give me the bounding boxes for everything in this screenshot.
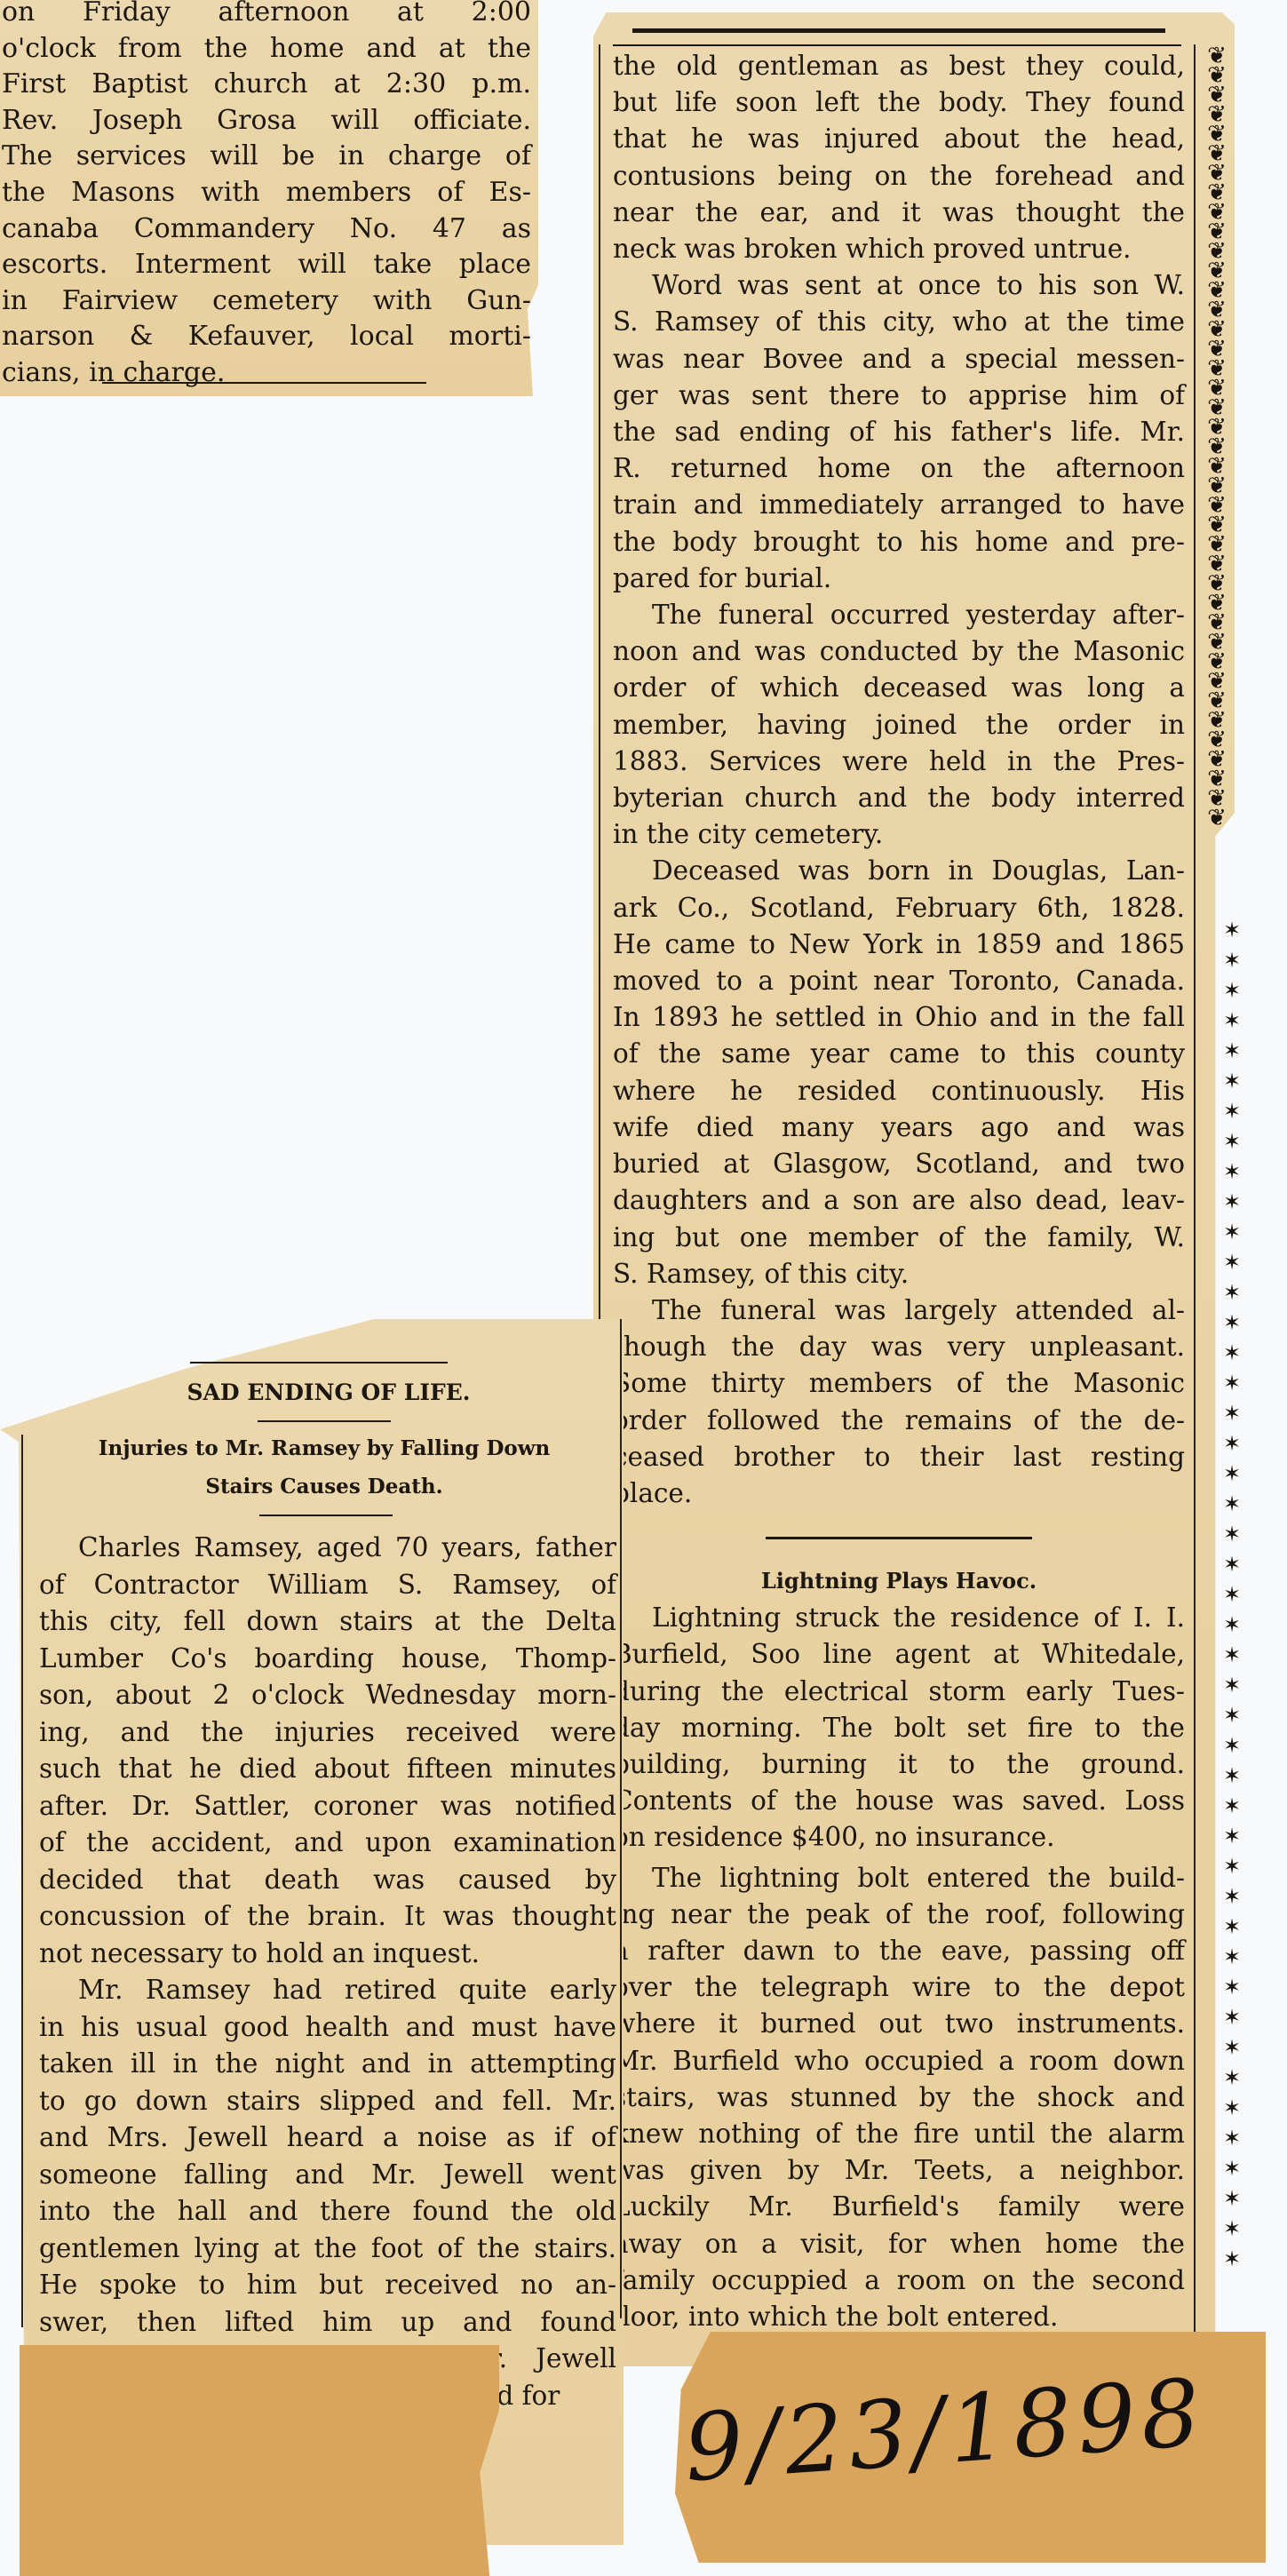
text-line: over the telegraph wire to the depot — [613, 1969, 1185, 2006]
text-line: was given by Mr. Teets, a neighbor. — [613, 2152, 1185, 2189]
text-line: wife died many years ago and was — [613, 1109, 1185, 1146]
sad-ending-subheadline-2: Stairs Causes Death. — [27, 1475, 622, 1499]
text-line: building, burning it to the ground. — [613, 1746, 1185, 1783]
text-line: the body brought to his home and pre- — [613, 524, 1185, 561]
text-line: where it burned out two instruments. — [613, 2006, 1185, 2042]
text-line: Lightning struck the residence of I. I. — [613, 1600, 1185, 1636]
text-line: not necessary to hold an inquest. — [39, 1936, 616, 1973]
text-line: someone falling and Mr. Jewell went — [39, 2157, 616, 2194]
text-line: away on a visit, for when home the — [613, 2226, 1185, 2262]
text-line: Word was sent at once to his son W. — [613, 267, 1185, 304]
lower-left-border — [21, 1435, 23, 2327]
text-line: ger was sent there to apprise him of — [613, 378, 1185, 414]
column-divider-left — [599, 44, 600, 1324]
text-line: He came to New York in 1859 and 1865 — [613, 926, 1185, 963]
text-line: the old gentleman as best they could, — [613, 48, 1185, 84]
text-line: neck was broken which proved untrue. — [613, 231, 1185, 267]
text-line: ark Co., Scotland, February 6th, 1828. — [613, 890, 1185, 926]
paragraph: Charles Ramsey, aged 70 years, fatherof … — [39, 1530, 616, 1972]
text-line: Deceased was born in Douglas, Lan- — [613, 853, 1185, 889]
text-line: First Baptist church at 2:30 p.m. — [2, 67, 531, 103]
text-line: The funeral occurred yesterday after- — [613, 597, 1185, 633]
text-line: on Friday afternoon at 2:00 — [2, 0, 531, 31]
text-line: during the electrical storm early Tues- — [613, 1674, 1185, 1710]
paragraph: on Friday afternoon at 2:00o'clock from … — [2, 0, 531, 392]
paragraph: Lightning struck the residence of I. I.B… — [613, 1600, 1185, 1856]
text-line: 1883. Services were held in the Pres- — [613, 743, 1185, 780]
top-thin-rule — [613, 44, 1181, 46]
text-line: train and immediately arranged to have — [613, 487, 1185, 523]
text-line: byterian church and the body interred — [613, 780, 1185, 816]
text-line: the sad ending of his father's life. Mr. — [613, 414, 1185, 450]
text-line: contusions being on the forehead and — [613, 158, 1185, 195]
sad-ending-subheadline-1: Injuries to Mr. Ramsey by Falling Down — [27, 1436, 622, 1460]
text-line: cians, in charge. — [2, 355, 531, 392]
text-line: The services will be in charge of — [2, 139, 531, 175]
text-line: this city, fell down stairs at the Delta — [39, 1603, 616, 1641]
text-line: Rev. Joseph Grosa will officiate. — [2, 103, 531, 139]
paragraph: The funeral occurred yesterday after-noo… — [613, 597, 1185, 853]
text-line: escorts. Interment will take place — [2, 247, 531, 283]
text-line: daughters and a son are also dead, leav- — [613, 1182, 1185, 1219]
top-left-end-rule — [102, 382, 426, 384]
paragraph: The funeral was largely attended al-thou… — [613, 1292, 1185, 1512]
text-line: a rafter dawn to the eave, passing off — [613, 1933, 1185, 1969]
lightning-separator-rule — [766, 1537, 1032, 1539]
text-line: though the day was very unpleasant. — [613, 1329, 1185, 1365]
text-line: family occuppied a room on the second — [613, 2262, 1185, 2299]
cardboard-backing-left — [20, 2345, 499, 2576]
ornamental-border-upper: ❦ ❦ ❦ ❦ ❦ ❦ ❦ ❦ ❦ ❦ ❦ ❦ ❦ ❦ ❦ ❦ ❦ ❦ ❦ ❦ … — [1201, 46, 1233, 846]
sad-ending-headline: SAD ENDING OF LIFE. — [36, 1379, 622, 1405]
text-line: narson & Kefauver, local morti- — [2, 319, 531, 355]
text-line: such that he died about fifteen minutes — [39, 1751, 616, 1788]
text-line: Some thirty members of the Masonic — [613, 1365, 1185, 1402]
ornamental-border-lower: ✶ ✶ ✶ ✶ ✶ ✶ ✶ ✶ ✶ ✶ ✶ ✶ ✶ ✶ ✶ ✶ ✶ ✶ ✶ ✶ … — [1219, 915, 1245, 2274]
right-column-text: the old gentleman as best they could,but… — [613, 48, 1185, 2335]
text-line: He spoke to him but received no an- — [39, 2267, 616, 2304]
text-line: into the hall and there found the old — [39, 2193, 616, 2230]
text-line: Charles Ramsey, aged 70 years, father — [39, 1530, 616, 1567]
text-line: place. — [613, 1475, 1185, 1512]
text-line: where he resided continuously. His — [613, 1073, 1185, 1109]
top-heavy-rule — [632, 28, 1165, 33]
text-line: on residence $400, no insurance. — [613, 1819, 1185, 1856]
lower-column-divider — [620, 1319, 622, 2318]
text-line: ceased brother to their last resting — [613, 1439, 1185, 1475]
text-line: o'clock from the home and at the — [2, 31, 531, 68]
text-line: Mr. Ramsey had retired quite early — [39, 1972, 616, 2009]
text-line: but life soon left the body. They found — [613, 84, 1185, 121]
sad-ending-body: Charles Ramsey, aged 70 years, fatherof … — [39, 1530, 616, 2414]
text-line: noon and was conducted by the Masonic — [613, 633, 1185, 670]
text-line: of the same year came to this county — [613, 1036, 1185, 1072]
paragraph: the old gentleman as best they could,but… — [613, 48, 1185, 267]
text-line: Burfield, Soo line agent at Whitedale, — [613, 1636, 1185, 1673]
text-line: in his usual good health and must have — [39, 2009, 616, 2047]
text-line: of Contractor William S. Ramsey, of — [39, 1567, 616, 1604]
sad-ending-rule-3 — [259, 1515, 393, 1516]
text-line: taken ill in the night and in attempting — [39, 2046, 616, 2083]
text-line: the Masons with members of Es- — [2, 175, 531, 211]
column-divider-right — [1194, 44, 1196, 2372]
text-line: pared for burial. — [613, 561, 1185, 597]
text-line: moved to a point near Toronto, Canada. — [613, 963, 1185, 999]
text-line: in the city cemetery. — [613, 816, 1185, 853]
text-line: gentlemen lying at the foot of the stair… — [39, 2230, 616, 2268]
text-line: stairs, was stunned by the shock and — [613, 2079, 1185, 2116]
paragraph: Deceased was born in Douglas, Lan-ark Co… — [613, 853, 1185, 1292]
text-line: ing, and the injuries received were — [39, 1714, 616, 1752]
text-line: Contents of the house was saved. Loss — [613, 1783, 1185, 1819]
text-line: concussion of the brain. It was thought — [39, 1898, 616, 1936]
text-line: buried at Glasgow, Scotland, and two — [613, 1146, 1185, 1182]
text-line: member, having joined the order in — [613, 707, 1185, 743]
text-line: day morning. The bolt set fire to the — [613, 1710, 1185, 1746]
text-line: knew nothing of the fire until the alarm — [613, 2116, 1185, 2152]
text-line: swer, then lifted him up and found — [39, 2304, 616, 2341]
text-line: In 1893 he settled in Ohio and in the fa… — [613, 999, 1185, 1036]
text-line: S. Ramsey, of this city. — [613, 1256, 1185, 1292]
sad-ending-rule-2 — [258, 1420, 391, 1422]
paragraph: Word was sent at once to his son W.S. Ra… — [613, 267, 1185, 597]
text-line: Luckily Mr. Burfield's family were — [613, 2189, 1185, 2225]
text-line: near the ear, and it was thought the — [613, 195, 1185, 231]
text-line: order followed the remains of the de- — [613, 1403, 1185, 1439]
text-line: R. returned home on the afternoon — [613, 450, 1185, 487]
text-line: that he was injured about the head, — [613, 121, 1185, 157]
text-line: ing near the peak of the roof, following — [613, 1896, 1185, 1933]
text-line: ing but one member of the family, W. — [613, 1220, 1185, 1256]
text-line: was near Bovee and a special messen- — [613, 341, 1185, 378]
text-line: after. Dr. Sattler, coroner was notified — [39, 1788, 616, 1825]
text-line: son, about 2 o'clock Wednesday morn- — [39, 1677, 616, 1714]
top-left-clipping-text: on Friday afternoon at 2:00o'clock from … — [2, 0, 531, 392]
text-line: and Mrs. Jewell heard a noise as if of — [39, 2119, 616, 2157]
text-line: order of which deceased was long a — [613, 670, 1185, 706]
text-line: The lightning bolt entered the build- — [613, 1860, 1185, 1896]
text-line: to go down stairs slipped and fell. Mr. — [39, 2083, 616, 2120]
text-line: Mr. Burfield who occupied a room down — [613, 2043, 1185, 2079]
text-line: of the accident, and upon examination — [39, 1825, 616, 1862]
text-line: floor, into which the bolt entered. — [613, 2299, 1185, 2335]
lightning-headline: Lightning Plays Havoc. — [613, 1566, 1185, 1596]
text-line: Lumber Co's boarding house, Thomp- — [39, 1641, 616, 1678]
sad-ending-top-rule — [190, 1362, 448, 1364]
text-line: canaba Commandery No. 47 as — [2, 211, 531, 248]
paragraph: The lightning bolt entered the build-ing… — [613, 1860, 1185, 2336]
text-line: The funeral was largely attended al- — [613, 1292, 1185, 1329]
text-line: in Fairview cemetery with Gun- — [2, 283, 531, 320]
text-line: decided that death was caused by — [39, 1862, 616, 1899]
text-line: S. Ramsey of this city, who at the time — [613, 304, 1185, 340]
